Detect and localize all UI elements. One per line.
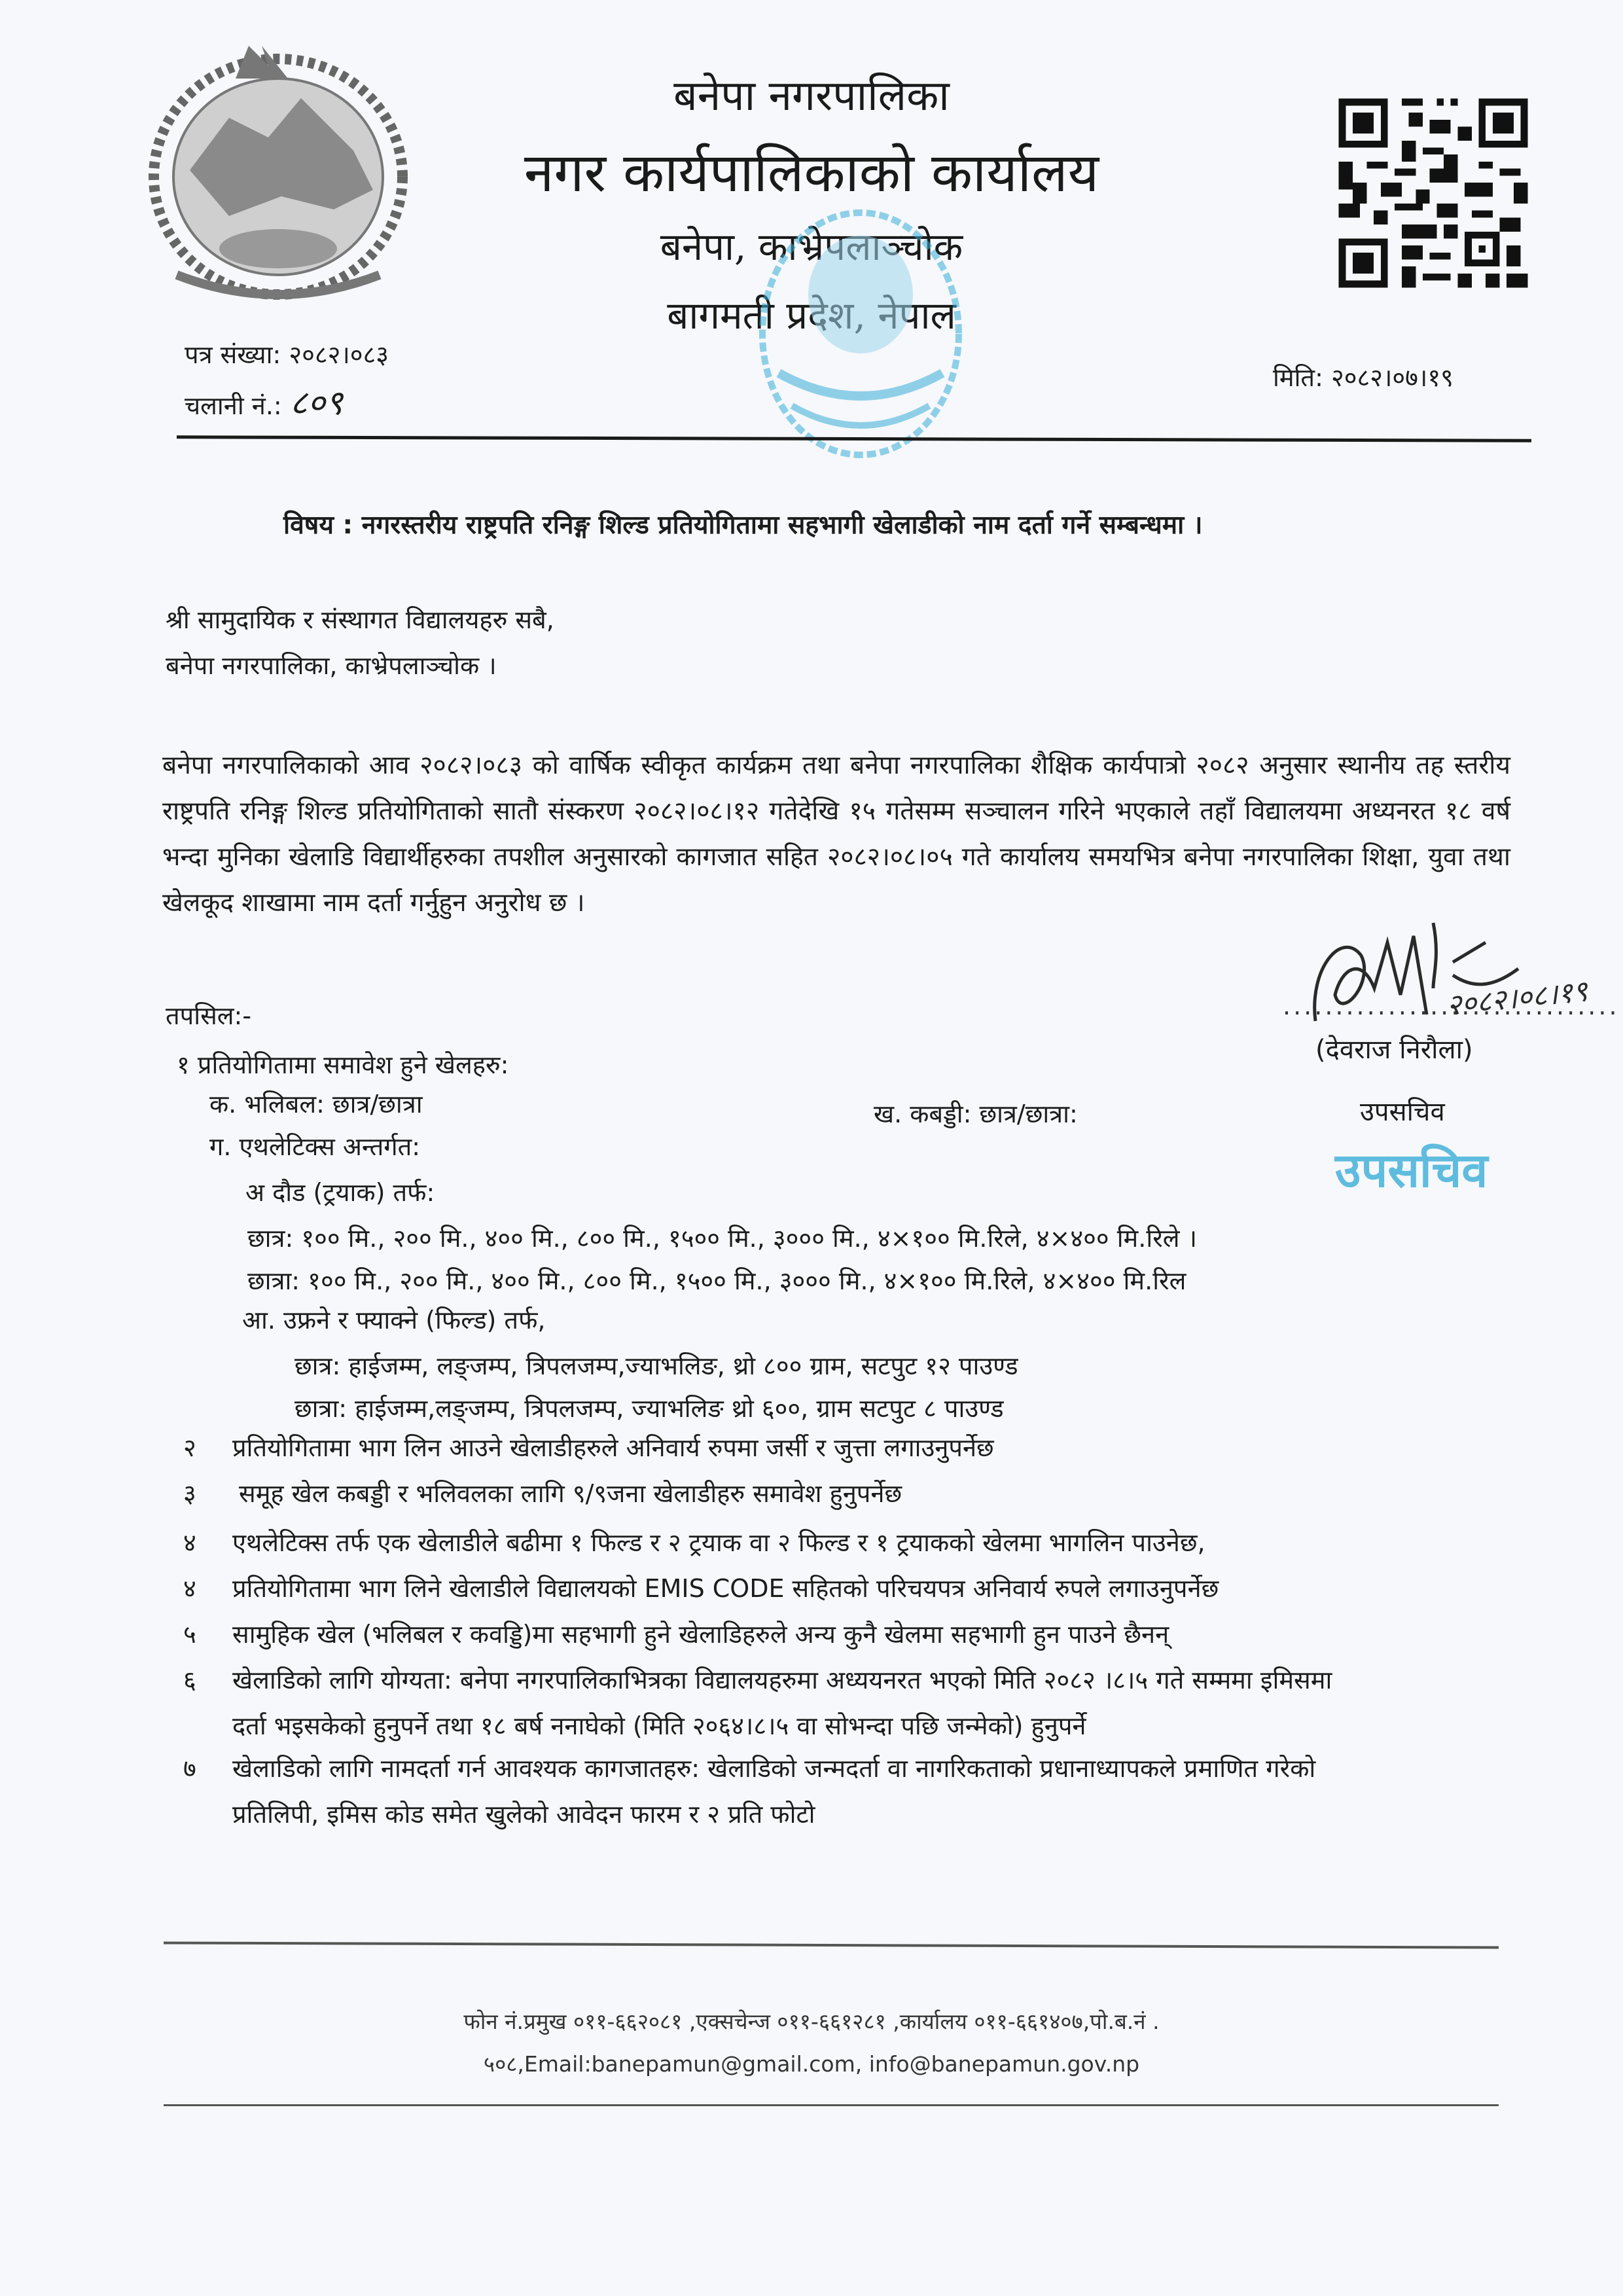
sport-athletics: ग. एथलेटिक्स अन्तर्गत: <box>209 1132 420 1162</box>
track-heading: अ दौड (ट्रयाक) तर्फ: <box>245 1178 435 1208</box>
rule-num: ४ <box>183 1528 196 1558</box>
qr-code-icon <box>1329 92 1538 295</box>
letter-number-value: २०८२।०८३ <box>289 340 389 369</box>
rule-num: ७ <box>183 1754 196 1784</box>
rule-num: ४ <box>183 1574 196 1604</box>
footer-divider-top <box>164 1941 1499 1948</box>
rule-text: प्रतियोगितामा भाग लिन आउने खेलाडीहरुले अ… <box>232 1433 994 1463</box>
rule-num: ६ <box>183 1666 196 1696</box>
letter-date-value: २०८२।०७।१९ <box>1331 363 1454 392</box>
track-girls: छात्रा: १०० मि., २०० मि., ४०० मि., ८०० म… <box>247 1266 1186 1297</box>
dispatch-number-value: ८०९ <box>290 384 343 423</box>
field-boys: छात्र: हाईजम्म, लङ्जम्प, त्रिपलजम्प,ज्या… <box>294 1352 1018 1382</box>
details-item-1: १ प्रतियोगितामा समावेश हुने खेलहरु: <box>177 1050 508 1081</box>
letter-date-label: मिति: <box>1273 363 1323 392</box>
field-heading: आ. उफ्रने र फ्याक्ने (फिल्ड) तर्फ, <box>242 1306 545 1336</box>
footer-phone: फोन नं.प्रमुख ०११-६६२०८१ ,एक्सचेन्ज ०११-… <box>0 2006 1623 2036</box>
letter-number-label: पत्र संख्या: <box>185 340 281 369</box>
recipient-line-1: श्री सामुदायिक र संस्थागत विद्यालयहरु सब… <box>166 605 554 636</box>
rule-text-continued: दर्ता भइसकेको हुनुपर्ने तथा १८ बर्ष ननाघ… <box>232 1712 1086 1742</box>
rule-text: एथलेटिक्स तर्फ एक खेलाडीले बढीमा १ फिल्ड… <box>232 1528 1205 1558</box>
footer-email: ५०८,Email:banepamun@gmail.com, info@bane… <box>0 2049 1623 2078</box>
details-heading: तपसिल:- <box>166 1001 251 1031</box>
rule-text: सामुहिक खेल (भलिबल र कवड्डि)मा सहभागी हु… <box>232 1620 1169 1650</box>
sport-kabaddi: ख. कबड्डी: छात्र/छात्रा: <box>874 1100 1078 1130</box>
track-boys: छात्र: १०० मि., २०० मि., ४०० मि., ८०० मि… <box>247 1224 1197 1254</box>
rule-num: २ <box>183 1433 196 1463</box>
footer-divider-bottom <box>164 2104 1499 2106</box>
rule-num: ३ <box>183 1479 196 1509</box>
rule-text: खेलाडिको लागि नामदर्ता गर्न आवश्यक कागजा… <box>232 1754 1315 1784</box>
signatory-designation: उपसचिव <box>1360 1096 1445 1128</box>
recipient-line-2: बनेपा नगरपालिका, काभ्रेपलाञ्चोक । <box>166 651 497 681</box>
body-paragraph: बनेपा नगरपालिकाको आव २०८२।०८३ को वार्षिक… <box>162 743 1510 926</box>
dispatch-number-label: चलानी नं.: <box>185 391 282 420</box>
designation-stamp: उपसचिव <box>1335 1142 1488 1198</box>
field-girls: छात्रा: हाईजम्म,लङ्जम्प, त्रिपलजम्प, ज्य… <box>294 1394 1004 1424</box>
rule-text: प्रतियोगितामा भाग लिने खेलाडीले विद्यालय… <box>232 1574 1219 1604</box>
letter-date: मिति: २०८२।०७।१९ <box>1273 363 1454 393</box>
rule-text: समूह खेल कबड्डी र भलिवलका लागि ९/९जना खे… <box>239 1479 902 1509</box>
subject-line: विषय : नगरस्तरीय राष्ट्रपति रनिङ्ग शिल्ड… <box>283 511 1203 541</box>
rule-text-continued: प्रतिलिपी, इमिस कोड समेत खुलेको आवेदन फा… <box>232 1800 815 1830</box>
sport-volleyball: क. भलिबल: छात्र/छात्रा <box>209 1090 423 1120</box>
signatory-name: (देवराज निरौला) <box>1315 1034 1473 1066</box>
letter-number: पत्र संख्या: २०८२।०८३ <box>185 340 389 370</box>
dispatch-number: चलानी नं.: ८०९ <box>185 383 343 423</box>
rule-num: ५ <box>183 1620 196 1650</box>
rule-text: खेलाडिको लागि योग्यता: बनेपा नगरपालिकाभि… <box>232 1666 1332 1696</box>
